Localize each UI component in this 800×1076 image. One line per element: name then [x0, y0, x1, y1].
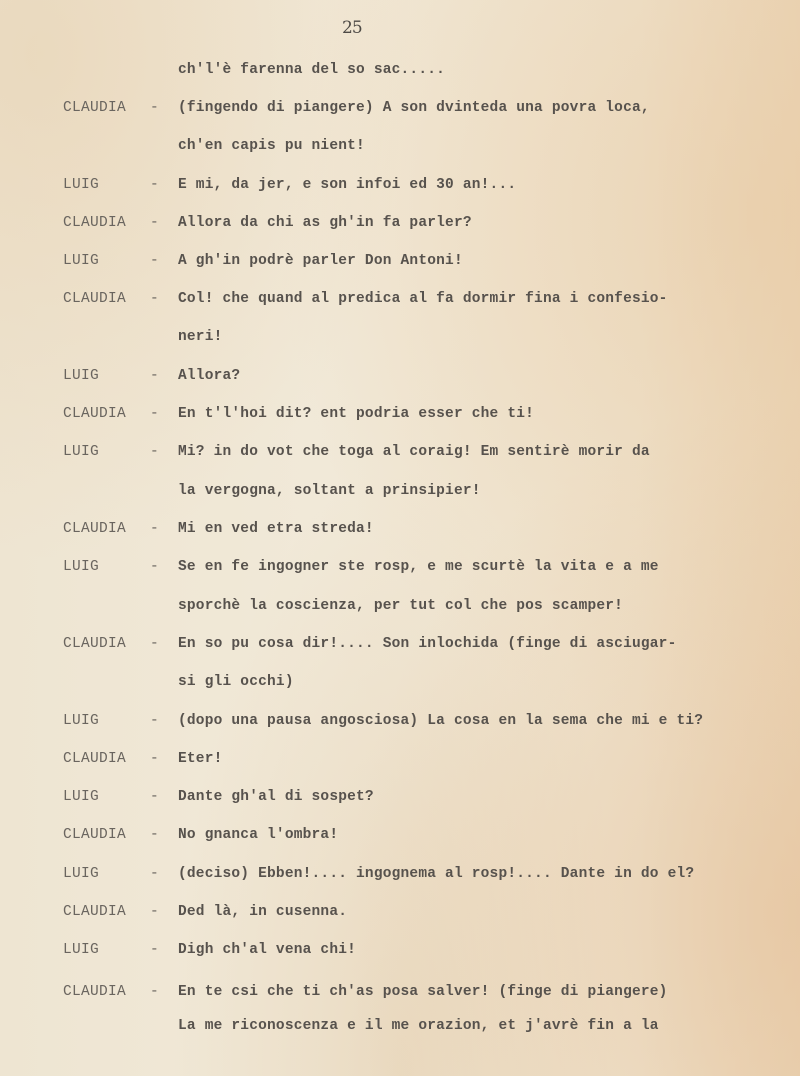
speaker-dash: - — [150, 747, 159, 771]
dialogue-text: (dopo una pausa angosciosa) La cosa en l… — [178, 709, 703, 733]
speaker-name: CLAUDIA — [63, 517, 153, 541]
speaker-dash: - — [150, 823, 159, 847]
speaker-dash: - — [150, 211, 159, 235]
dialogue-text: En te csi che ti ch'as posa salver! (fin… — [178, 980, 668, 1004]
dialogue-text: Se en fe ingogner ste rosp, e me scurtè … — [178, 555, 659, 579]
speaker-dash: - — [150, 402, 159, 426]
speaker-dash: - — [150, 249, 159, 273]
dialogue-text: No gnanca l'ombra! — [178, 823, 338, 847]
dialogue-text: Mi? in do vot che toga al coraig! Em sen… — [178, 440, 650, 464]
dialogue-text: Mi en ved etra streda! — [178, 517, 374, 541]
typewritten-script-page: 25 ch'l'è farenna del so sac.....CLAUDIA… — [0, 0, 800, 1076]
dialogue-text: A gh'in podrè parler Don Antoni! — [178, 249, 463, 273]
speaker-dash: - — [150, 96, 159, 120]
speaker-dash: - — [150, 709, 159, 733]
dialogue-text: Allora da chi as gh'in fa parler? — [178, 211, 472, 235]
speaker-name: CLAUDIA — [63, 747, 153, 771]
speaker-dash: - — [150, 440, 159, 464]
speaker-name: CLAUDIA — [63, 211, 153, 235]
speaker-name: CLAUDIA — [63, 96, 153, 120]
dialogue-text: la vergogna, soltant a prinsipier! — [178, 479, 481, 503]
speaker-dash: - — [150, 938, 159, 962]
dialogue-text: Ded là, in cusenna. — [178, 900, 347, 924]
speaker-name: LUIG — [63, 173, 153, 197]
dialogue-text: (deciso) Ebben!.... ingognema al rosp!..… — [178, 862, 694, 886]
page-number: 25 — [342, 18, 362, 38]
speaker-name: LUIG — [63, 364, 153, 388]
dialogue-text: ch'en capis pu nient! — [178, 134, 365, 158]
speaker-dash: - — [150, 555, 159, 579]
speaker-name: LUIG — [63, 709, 153, 733]
speaker-name: LUIG — [63, 440, 153, 464]
dialogue-text: sporchè la coscienza, per tut col che po… — [178, 594, 623, 618]
speaker-dash: - — [150, 862, 159, 886]
speaker-name: LUIG — [63, 785, 153, 809]
speaker-dash: - — [150, 980, 159, 1004]
speaker-dash: - — [150, 173, 159, 197]
speaker-name: CLAUDIA — [63, 900, 153, 924]
speaker-dash: - — [150, 517, 159, 541]
speaker-dash: - — [150, 900, 159, 924]
dialogue-text: neri! — [178, 325, 223, 349]
dialogue-text: Allora? — [178, 364, 240, 388]
speaker-name: CLAUDIA — [63, 402, 153, 426]
speaker-name: LUIG — [63, 555, 153, 579]
dialogue-text: ch'l'è farenna del so sac..... — [178, 58, 445, 82]
speaker-dash: - — [150, 785, 159, 809]
speaker-name: CLAUDIA — [63, 287, 153, 311]
speaker-name: CLAUDIA — [63, 823, 153, 847]
dialogue-text: Eter! — [178, 747, 223, 771]
dialogue-text: (fingendo di piangere) A son dvinteda un… — [178, 96, 650, 120]
speaker-name: CLAUDIA — [63, 980, 153, 1004]
speaker-name: LUIG — [63, 862, 153, 886]
dialogue-text: La me riconoscenza e il me orazion, et j… — [178, 1014, 659, 1038]
dialogue-text: E mi, da jer, e son infoi ed 30 an!... — [178, 173, 516, 197]
speaker-name: CLAUDIA — [63, 632, 153, 656]
speaker-name: LUIG — [63, 249, 153, 273]
dialogue-text: En so pu cosa dir!.... Son inlochida (fi… — [178, 632, 676, 656]
dialogue-text: Dante gh'al di sospet? — [178, 785, 374, 809]
speaker-dash: - — [150, 364, 159, 388]
dialogue-text: Col! che quand al predica al fa dormir f… — [178, 287, 668, 311]
dialogue-text: si gli occhi) — [178, 670, 294, 694]
speaker-dash: - — [150, 632, 159, 656]
dialogue-text: En t'l'hoi dit? ent podria esser che ti! — [178, 402, 534, 426]
speaker-name: LUIG — [63, 938, 153, 962]
dialogue-text: Digh ch'al vena chi! — [178, 938, 356, 962]
speaker-dash: - — [150, 287, 159, 311]
